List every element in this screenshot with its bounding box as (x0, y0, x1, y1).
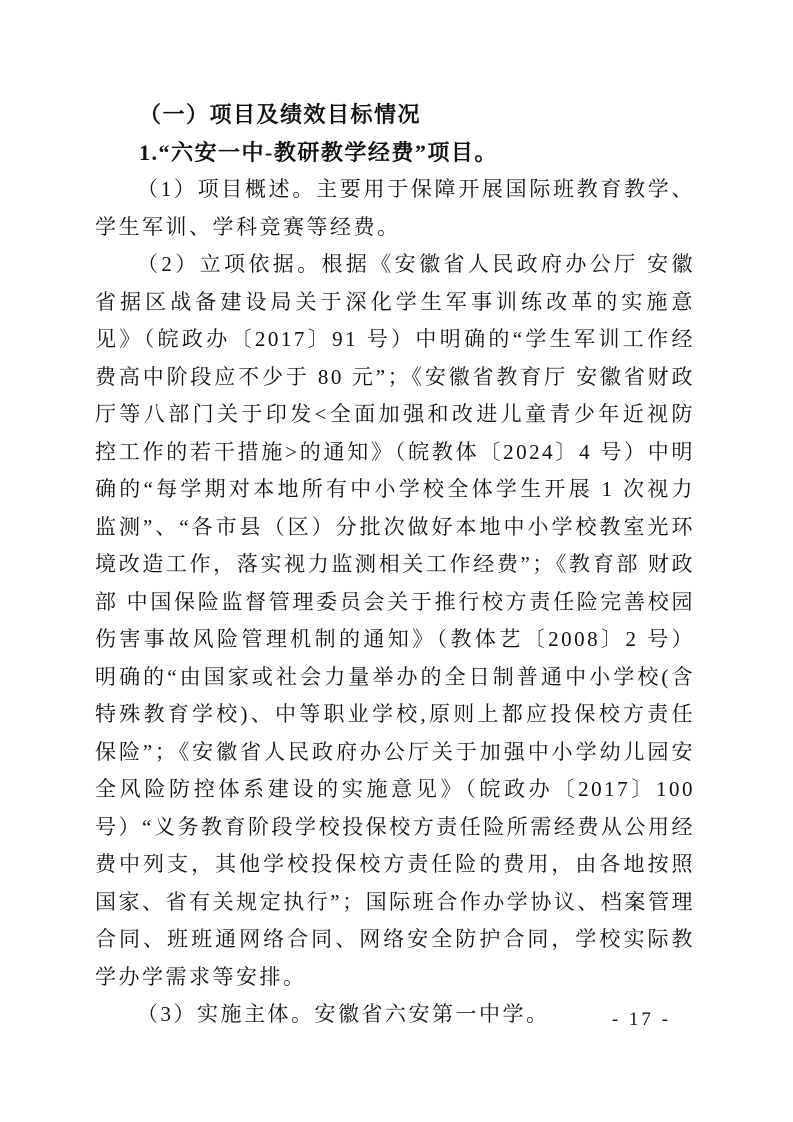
document-body: （一）项目及绩效目标情况 1.“六安一中-教研教学经费”项目。 （1）项目概述。… (95, 96, 695, 1034)
document-page: （一）项目及绩效目标情况 1.“六安一中-教研教学经费”项目。 （1）项目概述。… (0, 0, 793, 1122)
paragraph-project-overview: （1）项目概述。主要用于保障开展国际班教育教学、学生军训、学科竞赛等经费。 (95, 171, 695, 246)
page-number: - 17 - (612, 1008, 671, 1032)
paragraph-implementing-entity: （3）实施主体。安徽省六安第一中学。 (95, 996, 695, 1034)
paragraph-legal-basis: （2）立项依据。根据《安徽省人民政府办公厅 安徽省据区战备建设局关于深化学生军事… (95, 246, 695, 996)
project-heading: 1.“六安一中-教研教学经费”项目。 (95, 134, 695, 172)
section-heading: （一）项目及绩效目标情况 (95, 96, 695, 134)
